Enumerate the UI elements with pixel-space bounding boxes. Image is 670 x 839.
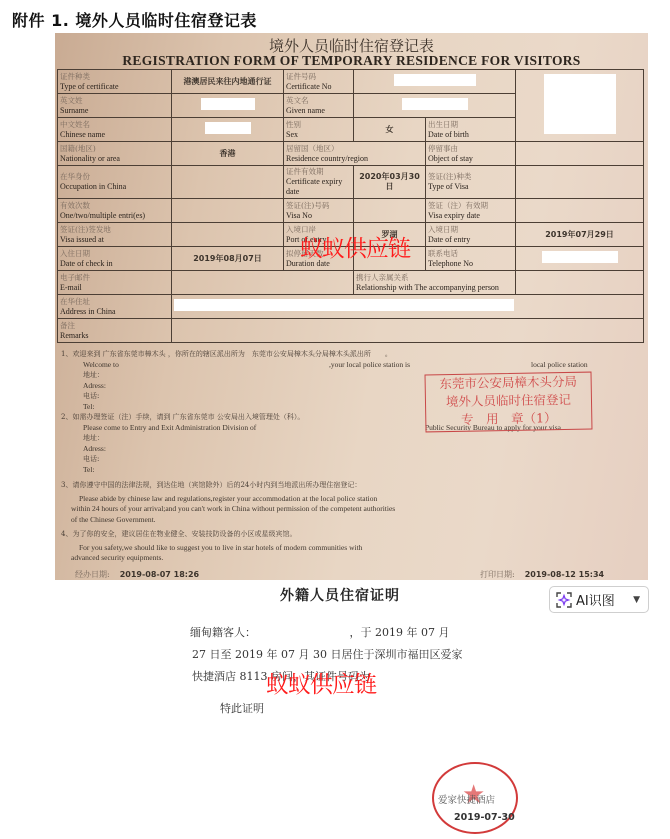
watermark: 蚁蚁供应链: [266, 666, 376, 699]
visa-no-label: 签证(注)号码Visa No: [284, 199, 354, 223]
chinese-name-value: [172, 118, 284, 142]
table-row: 在华住址Address in China: [58, 295, 644, 319]
table-row: 在华身份Occupation in China 证件有效期Certificate…: [58, 166, 644, 199]
photo-cell: [516, 70, 644, 142]
surname-value: [172, 94, 284, 118]
note-2-tel-en: Tel:: [61, 465, 641, 476]
note-4-cn: 4、为了你的安全，建议居住在物业健全、安装技防设备的小区或星级宾馆。: [61, 529, 641, 540]
sex-label: 性别Sex: [284, 118, 354, 142]
visa-expiry-label: 签证（注）有效期Visa expiry date: [426, 199, 516, 223]
table-row: 电子邮件E-mail 携行人亲属关系Relationship with The …: [58, 271, 644, 295]
ai-sparkle-icon: [556, 592, 572, 608]
telephone-value: [516, 247, 644, 271]
registration-form-photo: 境外人员临时住宿登记表 REGISTRATION FORM OF TEMPORA…: [55, 33, 648, 580]
handled-date: 经办日期:2019-08-07 18:26: [75, 569, 199, 580]
relationship-label: 携行人亲属关系Relationship with The accompanyin…: [354, 271, 516, 295]
note-2-addr-en: Adress:: [61, 444, 641, 455]
given-name-value: [354, 94, 516, 118]
dob-label: 出生日期Date of birth: [426, 118, 516, 142]
table-row: 证件种类Type of certificate 港澳居民来往内地通行证 证件号码…: [58, 70, 644, 94]
certificate-closing: 特此证明: [220, 700, 264, 716]
note-2-addr-cn: 地址：: [61, 433, 641, 444]
relationship-value: [516, 271, 644, 295]
table-row: 国籍(地区)Nationality or area 香港 居留国（地区）Resi…: [58, 142, 644, 166]
table-row: 有效次数One/two/multiple entri(es) 签证(注)号码Vi…: [58, 199, 644, 223]
cert-expiry-label: 证件有效期Certificate expiry date: [284, 166, 354, 199]
remarks-value: [172, 319, 644, 343]
chevron-down-icon[interactable]: ▼: [633, 595, 640, 605]
object-of-stay-label: 停留事由Object of stay: [426, 142, 516, 166]
page-heading: 附件 1. 境外人员临时住宿登记表: [12, 8, 257, 31]
occupation-label: 在华身份Occupation in China: [58, 166, 172, 199]
cert-no-value: [354, 70, 516, 94]
date-of-entry-label: 入境日期Date of entry: [426, 223, 516, 247]
note-3-en-1: Please abide by chinese law and regulati…: [61, 494, 641, 505]
cert-type-label: 证件种类Type of certificate: [58, 70, 172, 94]
check-in-label: 入住日期Date of check in: [58, 247, 172, 271]
note-4-en-1: For you safety,we should like to suggest…: [61, 543, 641, 554]
note-2-tel-cn: 电话:: [61, 454, 641, 465]
occupation-value: [172, 166, 284, 199]
ai-image-recognition-button[interactable]: AI识图 ▼: [549, 586, 649, 613]
note-1-en: Welcome to,your local police station isl…: [61, 360, 641, 371]
entries-value: [172, 199, 284, 223]
visa-type-label: 签证(注)种类Type of Visa: [426, 166, 516, 199]
note-3-en-2: within 24 hours of your arrival;and you …: [61, 504, 641, 515]
note-1-cn: 1、欢迎来到 广东省东莞市樟木头 ，你所在的辖区派出所为 东莞市公安局樟木头分局…: [61, 349, 641, 360]
visa-issued-label: 签证(注)签发地Visa issued at: [58, 223, 172, 247]
hotel-seal: ★ 爱家快捷酒店 2019-07-30: [432, 762, 518, 834]
entries-label: 有效次数One/two/multiple entri(es): [58, 199, 172, 223]
certificate-title: 外籍人员住宿证明: [280, 585, 400, 605]
ai-button-label: AI识图: [576, 590, 615, 609]
email-value: [172, 271, 354, 295]
nationality-value: 香港: [172, 142, 284, 166]
given-name-label: 英文名Given name: [284, 94, 354, 118]
address-value: [172, 295, 644, 319]
check-in-value: 2019年08月07日: [172, 247, 284, 271]
certificate-line-2: 27 日至 2019 年 07 月 30 日居住于深圳市福田区爱家: [192, 646, 462, 662]
sex-value: 女: [354, 118, 426, 142]
surname-label: 英文姓Surname: [58, 94, 172, 118]
note-3-en-3: of the Chinese Government.: [61, 515, 641, 526]
visa-type-value: [516, 166, 644, 199]
residence-label: 居留国（地区）Residence country/region: [284, 142, 426, 166]
telephone-label: 联系电话Telephone No: [426, 247, 516, 271]
chinese-name-label: 中文姓名Chinese name: [58, 118, 172, 142]
form-title-en: REGISTRATION FORM OF TEMPORARY RESIDENCE…: [55, 53, 648, 69]
printed-date: 打印日期:2019-08-12 15:34: [480, 569, 604, 580]
cert-expiry-value: 2020年03月30日: [354, 166, 426, 199]
remarks-label: 备注Remarks: [58, 319, 172, 343]
visa-expiry-value: [516, 199, 644, 223]
police-stamp: 东莞市公安局樟木头分局 境外人员临时住宿登记 专 用 章（1）: [425, 372, 593, 433]
address-label: 在华住址Address in China: [58, 295, 172, 319]
visa-issued-value: [172, 223, 284, 247]
nationality-label: 国籍(地区)Nationality or area: [58, 142, 172, 166]
table-row: 备注Remarks: [58, 319, 644, 343]
note-3-cn: 3、请你遵守中国的法律法规，到达住地（宾馆除外）后的24小时内到当地派出所办理住…: [61, 480, 641, 491]
note-4-en-2: advanced security equipments.: [61, 553, 641, 564]
cert-no-label: 证件号码Certificate No: [284, 70, 354, 94]
visa-no-value: [354, 199, 426, 223]
watermark: 蚁蚁供应链: [300, 230, 410, 263]
object-of-stay-value: [516, 142, 644, 166]
certificate-line-1: 缅甸籍客人： ，于 2019 年 07 月: [190, 624, 449, 640]
cert-type-value: 港澳居民来往内地通行证: [172, 70, 284, 94]
registration-table: 证件种类Type of certificate 港澳居民来往内地通行证 证件号码…: [57, 69, 644, 343]
email-label: 电子邮件E-mail: [58, 271, 172, 295]
date-of-entry-value: 2019年07月29日: [516, 223, 644, 247]
